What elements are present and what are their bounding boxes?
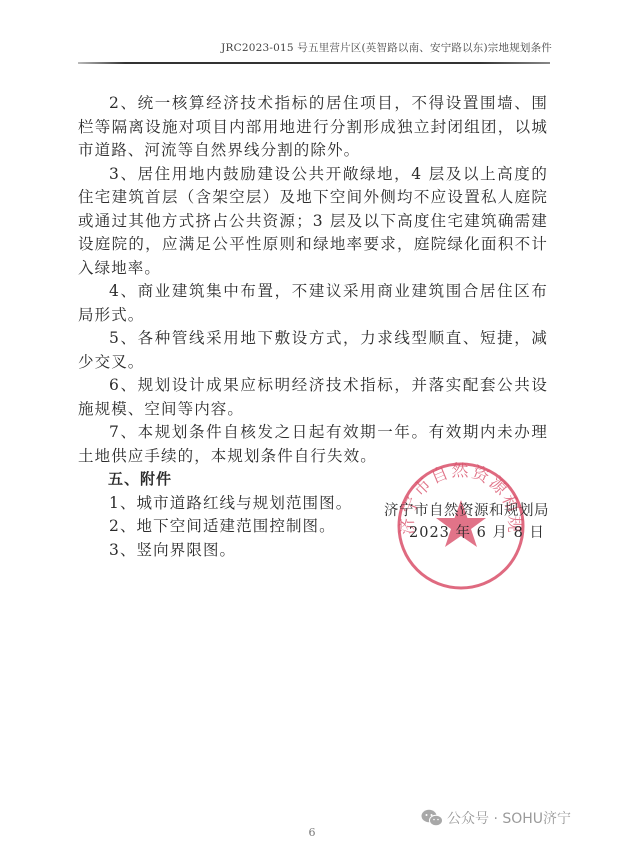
clause-2: 2、统一核算经济技术指标的居住项目，不得设置围墙、围栏等隔离设施对项目内部用地进… [78,92,548,163]
clause-5: 5、各种管线采用地下敷设方式，力求线型顺直、短捷，减少交叉。 [78,327,548,374]
wechat-icon [421,809,443,827]
clause-6: 6、规划设计成果应标明经济技术指标，并落实配套公共设施规模、空间等内容。 [78,374,548,421]
watermark: 公众号 · SOHU济宁 [421,808,571,828]
issue-date: 2023 年 6 月 8 日 [384,522,549,544]
clause-3: 3、居住用地内鼓励建设公共开敞绿地，4 层及以上高度的住宅建筑首层（含架空层）及… [78,163,548,281]
header-rule [78,62,550,64]
clause-4: 4、商业建筑集中布置，不建议采用商业建筑围合居住区布局形式。 [78,280,548,327]
page-number: 6 [0,826,624,839]
watermark-text: 公众号 · SOHU济宁 [447,808,571,828]
issuing-organization: 济宁市自然资源和规划局 [384,500,549,522]
signature-block: 济宁市自然资源和规划局 2023 年 6 月 8 日 [384,500,549,544]
running-header: JRC2023-015 号五里营片区(英智路以南、安宁路以东)宗地规划条件 [221,40,552,55]
